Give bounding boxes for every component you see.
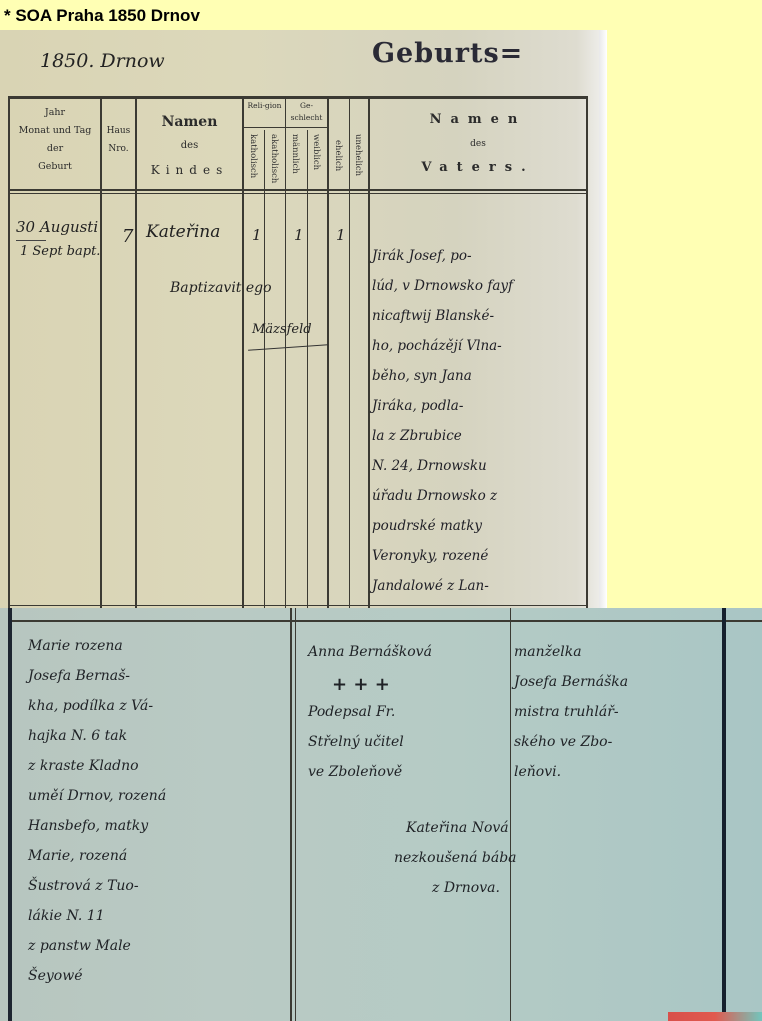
header-text: Nro. [102, 140, 135, 158]
header-bottom-border [8, 189, 586, 191]
entry-house-no: 7 [122, 226, 133, 247]
midwife-line: z Drnova. [394, 880, 674, 910]
godparent-line: Podepsal Fr. [308, 704, 508, 734]
header-date: Jahr Monat und Tag der Geburt [10, 104, 100, 176]
father-line: Jandalowé z Lan- [372, 578, 587, 608]
col-line [242, 96, 244, 608]
mark-catholic: 1 [252, 226, 262, 244]
father-line: nicaftwij Blanské- [372, 308, 587, 338]
mark-female: 1 [294, 226, 304, 244]
father-line: lúd, v Drnowsko fayf [372, 278, 587, 308]
header-female: weiblich [311, 134, 321, 170]
header-legitimate: ehelich [333, 140, 343, 171]
register-page-top: 1850. Drnow Geburts= Jahr Monat und Tag … [0, 30, 607, 608]
header-male: männlich [290, 134, 300, 174]
father-line: la z Zbrubice [372, 428, 587, 458]
header-text: Namen [137, 110, 242, 134]
entry-birth-date: 30 Augusti [16, 218, 98, 236]
mother-line: Šustrová z Tuo- [28, 878, 288, 908]
bottom-left-border [8, 608, 12, 1021]
baptized-by: Baptizavit ego [170, 280, 272, 296]
father-line: N. 24, Drnowsku [372, 458, 587, 488]
mother-line: kha, podílka z Vá- [28, 698, 288, 728]
header-text: der [10, 140, 100, 158]
header-text: Namen [370, 108, 586, 132]
mother-line: Marie rozena [28, 638, 288, 668]
col-line [290, 608, 292, 1021]
date-divider [16, 240, 46, 241]
father-line: Jirák Josef, po- [372, 248, 587, 278]
header-text: Haus [102, 122, 135, 140]
header-text: Monat und Tag [10, 122, 100, 140]
entry-baptism-date: 1 Sept bapt. [20, 244, 100, 259]
relation-line: manželka [514, 644, 719, 674]
godparent-line: Anna Bernášková [308, 644, 508, 674]
col-line [349, 96, 350, 608]
document-caption: * SOA Praha 1850 Drnov [4, 6, 200, 26]
signature-flourish [248, 344, 328, 351]
mother-line: lákie N. 11 [28, 908, 288, 938]
relation-line: Josefa Bernáška [514, 674, 719, 704]
header-text: Vaters. [370, 156, 586, 180]
col-line [307, 130, 308, 608]
header-text: Geburt [10, 158, 100, 176]
header-child: Namen des Kindes [137, 110, 242, 182]
col-line [295, 608, 296, 1021]
col-line [264, 130, 265, 608]
header-text: Kindes [137, 158, 242, 182]
mother-line: Marie, rozená [28, 848, 288, 878]
header-text: des [370, 132, 586, 156]
col-line [510, 608, 511, 1021]
page-edge [599, 30, 607, 608]
date-stamp-fragment [668, 1012, 762, 1021]
mother-line: z kraste Kladno [28, 758, 288, 788]
mother-line: hajka N. 6 tak [28, 728, 288, 758]
mother-line: Šeyowé [28, 968, 288, 998]
father-details: Jirák Josef, po- lúd, v Drnowsko fayf ni… [372, 248, 587, 638]
godparent-relation: manželka Josefa Bernáška mistra truhlář-… [514, 644, 719, 794]
father-line: úřadu Drnowsko z [372, 488, 587, 518]
father-line: poudrské matky [372, 518, 587, 548]
midwife-details: Kateřina Nová nezkoušená bába z Drnova. [394, 820, 674, 910]
entry-child-name: Kateřina [146, 222, 220, 242]
father-line: Jiráka, podla- [372, 398, 587, 428]
header-sex: Ge-schlecht [286, 100, 327, 124]
mark-legitimate: 1 [336, 226, 346, 244]
header-text: des [137, 134, 242, 158]
handwritten-year-place: 1850. Drnow [40, 50, 165, 72]
mother-line: Hansbefo, matky [28, 818, 288, 848]
relation-line: ského ve Zbo- [514, 734, 719, 764]
father-line: běho, syn Jana [372, 368, 587, 398]
godparent-line: ve Zboleňově [308, 764, 508, 794]
father-line: Veronyky, rozené [372, 548, 587, 578]
mother-details: Marie rozena Josefa Bernaš- kha, podílka… [28, 638, 288, 998]
register-page-bottom: Marie rozena Josefa Bernaš- kha, podílka… [0, 608, 762, 1021]
godparent-line: Střelný učitel [308, 734, 508, 764]
col-line [327, 96, 329, 608]
bottom-top-rule [10, 620, 762, 622]
table-top-border [8, 96, 586, 99]
header-text: Jahr [10, 104, 100, 122]
mother-line: z panstw Male [28, 938, 288, 968]
header-catholic: katholisch [248, 134, 258, 178]
col-line [100, 96, 102, 608]
godparent-details: Anna Bernášková + + + Podepsal Fr. Střel… [308, 644, 508, 794]
relation-line: leňovi. [514, 764, 719, 794]
header-father: Namen des Vaters. [370, 108, 586, 180]
header-noncatholic: akatholisch [269, 134, 279, 183]
relation-line: mistra truhlář- [514, 704, 719, 734]
mother-line: uměí Drnov, rozená [28, 788, 288, 818]
mother-line: Josefa Bernaš- [28, 668, 288, 698]
header-house: Haus Nro. [102, 122, 135, 158]
header-religion: Reli-gion [244, 100, 285, 112]
religion-subrule [244, 127, 285, 128]
header-bottom-border-2 [8, 193, 586, 194]
cross-marks: + + + [308, 674, 508, 704]
father-line: ho, pocházějí Vlna- [372, 338, 587, 368]
midwife-line: nezkoušená bába [394, 850, 674, 880]
midwife-line: Kateřina Nová [394, 820, 674, 850]
bottom-right-border [722, 608, 726, 1021]
printed-title: Geburts= [372, 38, 523, 69]
sex-subrule [286, 127, 327, 128]
col-line [285, 96, 286, 608]
header-illegitimate: unehelich [353, 134, 363, 176]
priest-signature: Mäzsfeld [252, 322, 312, 337]
